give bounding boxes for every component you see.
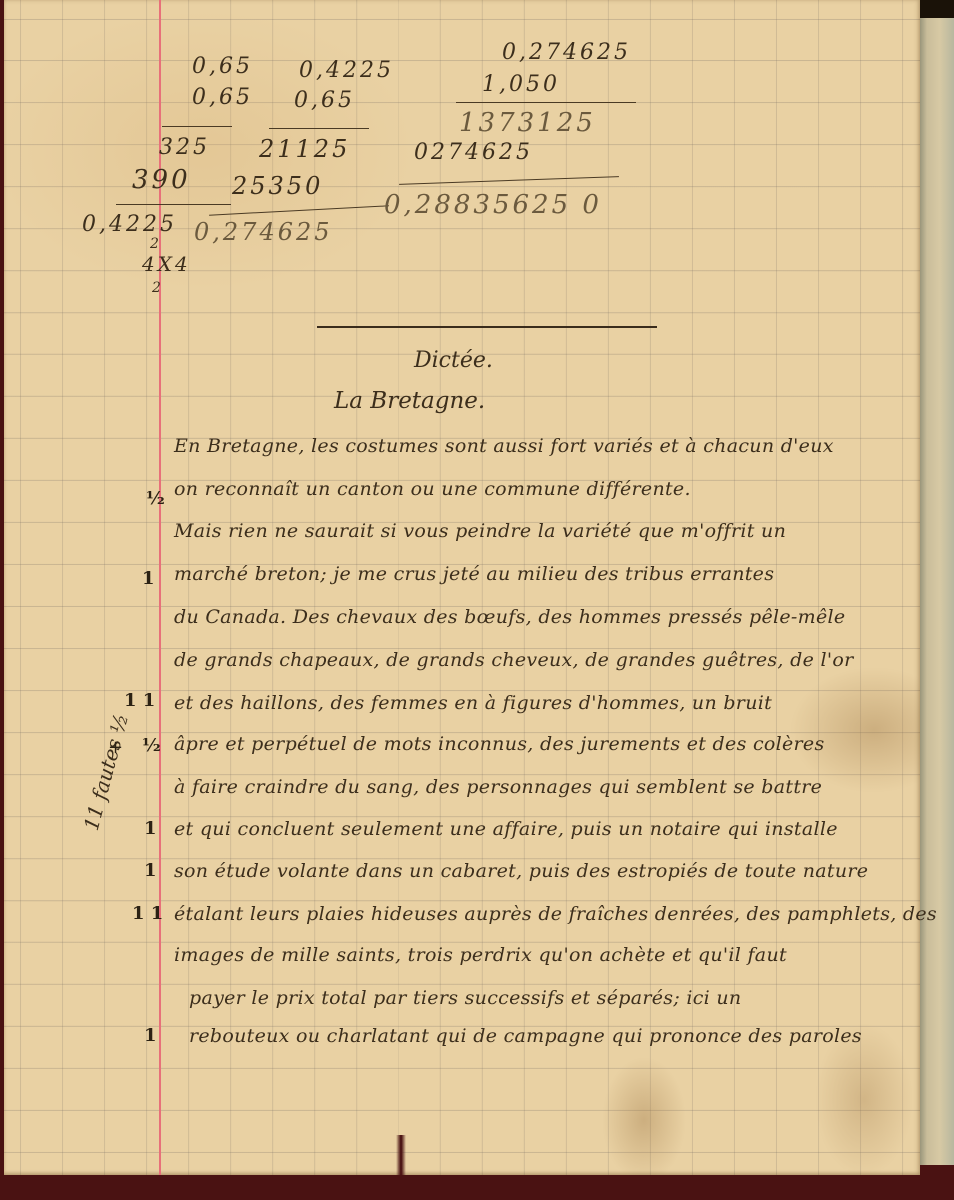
margin-mark: 1 bbox=[144, 860, 157, 881]
scratch-bottom: 2 bbox=[152, 280, 164, 296]
shadow-corner bbox=[920, 0, 954, 18]
text-line-9: à faire craindre du sang, des personnage… bbox=[174, 776, 822, 798]
calc2-result: 0,274625 bbox=[194, 218, 333, 246]
calc3-rule bbox=[456, 102, 636, 103]
plus-mark: + bbox=[108, 737, 123, 758]
notebook-page: 0,65 0,65 325 390 0,4225 2 4X4 2 0,4225 … bbox=[4, 0, 920, 1175]
dictation-heading: Dictée. bbox=[414, 348, 493, 373]
text-line-8: âpre et perpétuel de mots inconnus, des … bbox=[174, 733, 825, 755]
dictation-title: La Bretagne. bbox=[334, 388, 485, 414]
text-line-3: Mais rien ne saurait si vous peindre la … bbox=[174, 520, 786, 542]
text-line-7: et des haillons, des femmes en à figures… bbox=[174, 692, 772, 714]
next-page-edge bbox=[918, 0, 954, 1165]
text-line-14: payer le prix total par tiers successifs… bbox=[189, 987, 741, 1009]
calc1-top: 0,65 bbox=[192, 54, 253, 79]
text-line-1: En Bretagne, les costumes sont aussi for… bbox=[174, 435, 834, 457]
text-line-10: et qui concluent seulement une affaire, … bbox=[174, 818, 838, 840]
section-divider bbox=[317, 326, 657, 328]
margin-mark: ½ bbox=[142, 735, 161, 756]
text-line-4: marché breton; je me crus jeté au milieu… bbox=[174, 563, 774, 585]
text-line-2: on reconnaît un canton ou une commune di… bbox=[174, 478, 691, 500]
calc1-result: 0,4225 bbox=[82, 212, 177, 237]
calc3-top: 0,274625 bbox=[502, 40, 631, 65]
text-line-11: son étude volante dans un cabaret, puis … bbox=[174, 860, 868, 882]
calc3-partial-2: 0274625 bbox=[414, 140, 533, 165]
margin-mark: 1 bbox=[142, 568, 155, 589]
scratch-top: 2 bbox=[150, 236, 162, 252]
text-line-6: de grands chapeaux, de grands cheveux, d… bbox=[174, 649, 853, 671]
margin-mark: 1 bbox=[144, 818, 157, 839]
text-line-12: étalant leurs plaies hideuses auprès de … bbox=[174, 903, 937, 925]
calc3-partial-1: 1373125 bbox=[459, 108, 596, 138]
calc2-partial-2: 25350 bbox=[232, 172, 323, 200]
margin-mark: 1 1 bbox=[124, 690, 155, 711]
scratch-mid: 4X4 bbox=[142, 252, 191, 276]
calc1-result-rule bbox=[116, 204, 231, 205]
calc3-multiplier: 1,050 bbox=[482, 72, 560, 97]
margin-mark: 1 bbox=[144, 1025, 157, 1046]
page-tear bbox=[396, 1135, 406, 1175]
calc3-result-rule bbox=[399, 176, 619, 185]
text-line-13: images de mille saints, trois perdrix qu… bbox=[174, 944, 787, 966]
calc1-partial-1: 325 bbox=[159, 135, 210, 160]
calc2-rule bbox=[269, 128, 369, 129]
calc1-multiplier: 0,65 bbox=[192, 85, 253, 110]
calc2-result-rule bbox=[209, 205, 389, 215]
calc2-partial-1: 21125 bbox=[259, 135, 350, 163]
margin-mark: ½ bbox=[146, 488, 165, 509]
calc2-top: 0,4225 bbox=[299, 58, 394, 83]
margin-mark: 1 1 bbox=[132, 903, 163, 924]
calc1-rule bbox=[162, 126, 232, 127]
text-line-5: du Canada. Des chevaux des bœufs, des ho… bbox=[174, 606, 845, 628]
calc3-result: 0,28835625 0 bbox=[384, 190, 602, 220]
calc1-partial-2: 390 bbox=[132, 165, 191, 195]
error-count-annotation: 11 fautes ½ bbox=[79, 711, 133, 833]
text-line-15: rebouteux ou charlatant qui de campagne … bbox=[189, 1025, 862, 1047]
calc2-multiplier: 0,65 bbox=[294, 88, 355, 113]
